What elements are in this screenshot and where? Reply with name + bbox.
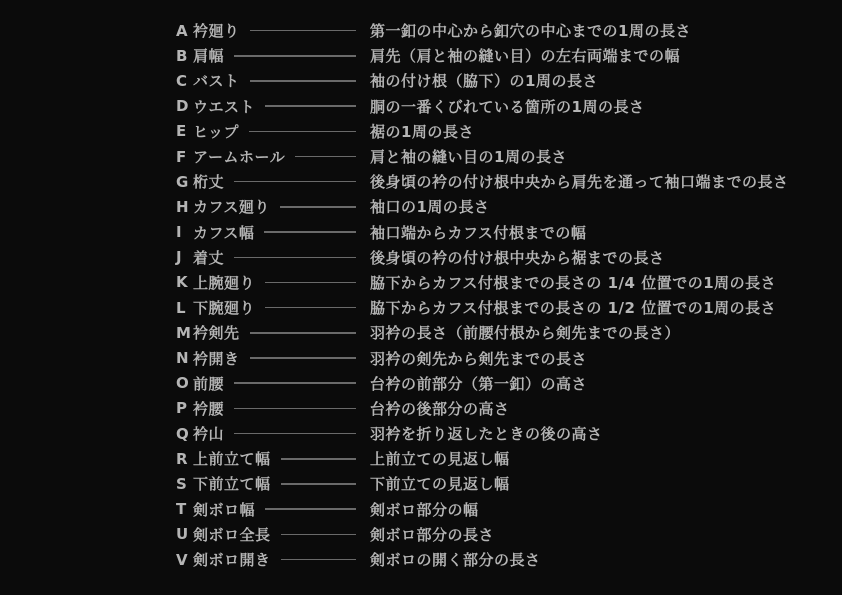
term-block: D ウエスト bbox=[176, 96, 370, 117]
leader-line bbox=[265, 282, 356, 284]
row-letter: N bbox=[176, 349, 193, 367]
measurement-row: C バスト 袖の付け根（脇下）の1周の長さ bbox=[176, 68, 822, 93]
description-text: 剣ボロ部分の長さ bbox=[370, 524, 494, 545]
description-text: 下前立ての見返し幅 bbox=[370, 473, 510, 494]
term-label: カフス廻り bbox=[193, 196, 270, 217]
leader-line bbox=[295, 156, 356, 158]
term-label: 肩幅 bbox=[193, 45, 224, 66]
measurement-row: U 剣ボロ全長 剣ボロ部分の長さ bbox=[176, 522, 822, 547]
leader-line bbox=[280, 206, 356, 208]
term-label: 衿腰 bbox=[193, 398, 224, 419]
description-text: 袖口端からカフス付根までの幅 bbox=[370, 222, 586, 243]
measurement-row: M 衿剣先 羽衿の長さ（前腰付根から剣先までの長さ） bbox=[176, 320, 822, 345]
row-letter: G bbox=[176, 173, 193, 191]
description-text: 脇下からカフス付根までの長さの 1/2 位置での1周の長さ bbox=[370, 297, 776, 318]
term-block: T 剣ボロ幅 bbox=[176, 499, 370, 520]
term-block: M 衿剣先 bbox=[176, 322, 370, 343]
term-label: 上前立て幅 bbox=[193, 448, 271, 469]
term-label: 衿剣先 bbox=[193, 322, 240, 343]
leader-line bbox=[281, 534, 356, 536]
description-text: 上前立ての見返し幅 bbox=[370, 448, 510, 469]
term-label: 剣ボロ開き bbox=[193, 549, 271, 570]
leader-line bbox=[234, 181, 356, 183]
measurement-row: B 肩幅 肩先（肩と袖の縫い目）の左右両端までの幅 bbox=[176, 43, 822, 68]
row-letter: O bbox=[176, 374, 193, 392]
term-block: C バスト bbox=[176, 70, 370, 91]
term-block: B 肩幅 bbox=[176, 45, 370, 66]
term-label: 桁丈 bbox=[193, 171, 224, 192]
description-text: 羽衿を折り返したときの後の高さ bbox=[370, 423, 603, 444]
measurement-row: Q 衿山 羽衿を折り返したときの後の高さ bbox=[176, 421, 822, 446]
row-letter: B bbox=[176, 47, 193, 65]
leader-line bbox=[250, 80, 356, 82]
term-block: R 上前立て幅 bbox=[176, 448, 370, 469]
row-letter: F bbox=[176, 148, 193, 166]
term-block: P 衿腰 bbox=[176, 398, 370, 419]
description-text: 胴の一番くびれている箇所の1周の長さ bbox=[370, 96, 644, 117]
measurement-row: D ウエスト 胴の一番くびれている箇所の1周の長さ bbox=[176, 94, 822, 119]
term-block: V 剣ボロ開き bbox=[176, 549, 370, 570]
measurement-row: S 下前立て幅 下前立ての見返し幅 bbox=[176, 471, 822, 496]
term-block: E ヒップ bbox=[176, 121, 370, 142]
measurement-row: N 衿開き 羽衿の剣先から剣先までの長さ bbox=[176, 345, 822, 370]
term-label: ウエスト bbox=[193, 96, 255, 117]
leader-line bbox=[234, 433, 356, 435]
leader-line bbox=[250, 332, 356, 334]
description-text: 羽衿の剣先から剣先までの長さ bbox=[370, 348, 587, 369]
measurement-row: A 衿廻り 第一釦の中心から釦穴の中心までの1周の長さ bbox=[176, 18, 822, 43]
measurement-row: E ヒップ 裾の1周の長さ bbox=[176, 119, 822, 144]
measurement-row: F アームホール 肩と袖の縫い目の1周の長さ bbox=[176, 144, 822, 169]
term-label: ヒップ bbox=[193, 121, 239, 142]
measurement-row: P 衿腰 台衿の後部分の高さ bbox=[176, 396, 822, 421]
row-letter: Q bbox=[176, 425, 193, 443]
term-block: N 衿開き bbox=[176, 348, 370, 369]
row-letter: D bbox=[176, 97, 193, 115]
term-label: バスト bbox=[193, 70, 240, 91]
measurement-glossary-list: A 衿廻り 第一釦の中心から釦穴の中心までの1周の長さ B 肩幅 肩先（肩と袖の… bbox=[176, 18, 822, 572]
leader-line bbox=[234, 382, 356, 384]
term-label: 下前立て幅 bbox=[193, 473, 271, 494]
term-label: 剣ボロ全長 bbox=[193, 524, 271, 545]
description-text: 袖口の1周の長さ bbox=[370, 196, 489, 217]
term-label: 下腕廻り bbox=[193, 297, 255, 318]
row-letter: R bbox=[176, 450, 193, 468]
term-block: J 着丈 bbox=[176, 247, 370, 268]
term-label: 上腕廻り bbox=[193, 272, 255, 293]
row-letter: C bbox=[176, 72, 193, 90]
description-text: 裾の1周の長さ bbox=[370, 121, 474, 142]
leader-line bbox=[281, 483, 356, 485]
row-letter: V bbox=[176, 551, 193, 569]
leader-line bbox=[264, 231, 356, 233]
description-text: 羽衿の長さ（前腰付根から剣先までの長さ） bbox=[370, 322, 680, 343]
row-letter: S bbox=[176, 475, 193, 493]
row-letter: T bbox=[176, 500, 193, 518]
term-block: U 剣ボロ全長 bbox=[176, 524, 370, 545]
leader-line bbox=[265, 105, 356, 107]
row-letter: P bbox=[176, 399, 193, 417]
term-label: アームホール bbox=[193, 146, 285, 167]
leader-line bbox=[281, 458, 356, 460]
description-text: 第一釦の中心から釦穴の中心までの1周の長さ bbox=[370, 20, 691, 41]
measurement-row: T 剣ボロ幅 剣ボロ部分の幅 bbox=[176, 497, 822, 522]
leader-line bbox=[234, 257, 356, 259]
description-text: 後身頃の衿の付け根中央から裾までの長さ bbox=[370, 247, 665, 268]
term-block: H カフス廻り bbox=[176, 196, 370, 217]
term-block: O 前腰 bbox=[176, 373, 370, 394]
term-label: 剣ボロ幅 bbox=[193, 499, 255, 520]
leader-line bbox=[265, 307, 356, 309]
term-block: I カフス幅 bbox=[176, 222, 370, 243]
measurement-row: K 上腕廻り 脇下からカフス付根までの長さの 1/4 位置での1周の長さ bbox=[176, 270, 822, 295]
description-text: 剣ボロ部分の幅 bbox=[370, 499, 479, 520]
row-letter: E bbox=[176, 122, 193, 140]
description-text: 台衿の前部分（第一釦）の高さ bbox=[370, 373, 587, 394]
term-label: カフス幅 bbox=[193, 222, 254, 243]
leader-line bbox=[234, 55, 356, 57]
term-block: K 上腕廻り bbox=[176, 272, 370, 293]
leader-line bbox=[265, 508, 356, 510]
measurement-row: J 着丈 後身頃の衿の付け根中央から裾までの長さ bbox=[176, 245, 822, 270]
leader-line bbox=[250, 357, 356, 359]
description-text: 袖の付け根（脇下）の1周の長さ bbox=[370, 70, 598, 91]
term-label: 衿山 bbox=[193, 423, 224, 444]
term-label: 着丈 bbox=[193, 247, 224, 268]
measurement-row: V 剣ボロ開き 剣ボロの開く部分の長さ bbox=[176, 547, 822, 572]
measurement-row: R 上前立て幅 上前立ての見返し幅 bbox=[176, 446, 822, 471]
description-text: 台衿の後部分の高さ bbox=[370, 398, 510, 419]
description-text: 後身頃の衿の付け根中央から肩先を通って袖口端までの長さ bbox=[370, 171, 789, 192]
term-block: G 桁丈 bbox=[176, 171, 370, 192]
term-label: 衿開き bbox=[193, 348, 240, 369]
row-letter: J bbox=[176, 248, 193, 266]
term-block: L 下腕廻り bbox=[176, 297, 370, 318]
description-text: 肩と袖の縫い目の1周の長さ bbox=[370, 146, 567, 167]
row-letter: H bbox=[176, 198, 193, 216]
row-letter: A bbox=[176, 22, 193, 40]
measurement-row: G 桁丈 後身頃の衿の付け根中央から肩先を通って袖口端までの長さ bbox=[176, 169, 822, 194]
description-text: 剣ボロの開く部分の長さ bbox=[370, 549, 541, 570]
term-block: A 衿廻り bbox=[176, 20, 370, 41]
leader-line bbox=[250, 30, 356, 32]
leader-line bbox=[281, 559, 356, 561]
row-letter: U bbox=[176, 525, 193, 543]
description-text: 肩先（肩と袖の縫い目）の左右両端までの幅 bbox=[370, 45, 680, 66]
measurement-row: H カフス廻り 袖口の1周の長さ bbox=[176, 194, 822, 219]
row-letter: M bbox=[176, 324, 193, 342]
leader-line bbox=[234, 408, 356, 410]
description-text: 脇下からカフス付根までの長さの 1/4 位置での1周の長さ bbox=[370, 272, 776, 293]
measurement-row: I カフス幅 袖口端からカフス付根までの幅 bbox=[176, 220, 822, 245]
term-block: F アームホール bbox=[176, 146, 370, 167]
measurement-row: L 下腕廻り 脇下からカフス付根までの長さの 1/2 位置での1周の長さ bbox=[176, 295, 822, 320]
row-letter: K bbox=[176, 273, 193, 291]
row-letter: L bbox=[176, 299, 193, 317]
term-label: 衿廻り bbox=[193, 20, 240, 41]
term-block: Q 衿山 bbox=[176, 423, 370, 444]
row-letter: I bbox=[176, 223, 193, 241]
measurement-row: O 前腰 台衿の前部分（第一釦）の高さ bbox=[176, 371, 822, 396]
term-block: S 下前立て幅 bbox=[176, 473, 370, 494]
leader-line bbox=[249, 131, 356, 133]
term-label: 前腰 bbox=[193, 373, 224, 394]
